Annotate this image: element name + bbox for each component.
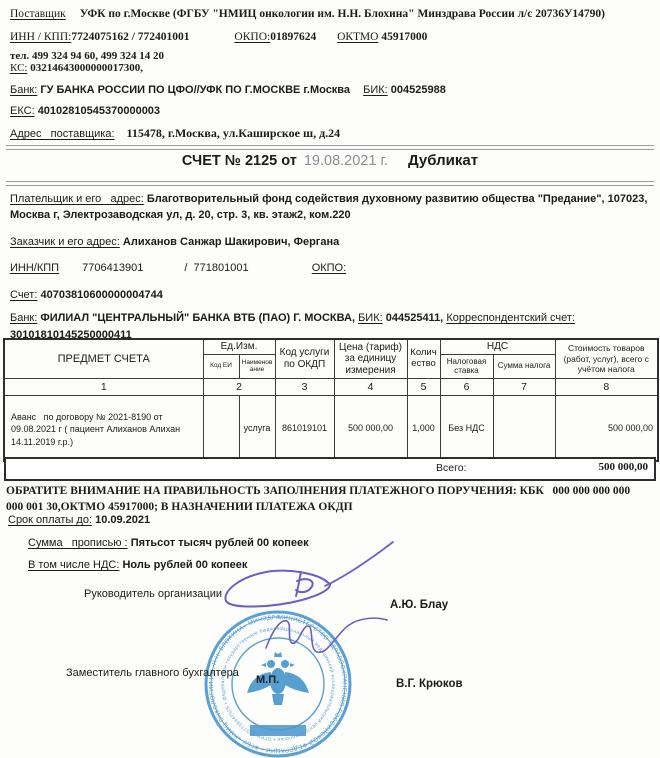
customer-bank-label: Банк:: [10, 312, 37, 324]
col-header-unit-name: Наименование: [239, 354, 275, 378]
items-table: ПРЕДМЕТ СЧЕТА Ед.Изм. Код услуги по ОКДП…: [3, 338, 659, 462]
supplier-line: ПоставщикУФК по г.Москве (ФГБУ "НМИЦ онк…: [10, 8, 605, 20]
supplier-eks-label: ЕКС:: [10, 105, 35, 117]
col-header-unit-group: Ед.Изм.: [203, 339, 275, 354]
vat-words-line: В том числе НДС: Ноль рублей 00 копеек: [28, 559, 247, 571]
item-unit-code: [203, 395, 239, 461]
total-label: Всего:: [436, 462, 466, 474]
col-header-service-code: Код услуги по ОКДП: [275, 339, 334, 378]
customer-line: Заказчик и его адрес: Алиханов Санжар Ша…: [10, 236, 339, 248]
total-value: 500 000,00: [599, 461, 649, 473]
customer-kpp-value: / 771801001: [184, 262, 248, 274]
customer-inn-line: ИНН/КПП 7706413901 / 771801001 ОКПО:: [10, 262, 346, 274]
item-total: 500 000,00: [555, 395, 658, 461]
supplier-name: УФК по г.Москве (ФГБУ "НМИЦ онкологии им…: [80, 8, 605, 20]
customer-inn-kpp-label: ИНН/КПП: [10, 262, 59, 274]
supplier-bank-value: ГУ БАНКА РОССИИ ПО ЦФО//УФК ПО Г.МОСКВЕ …: [40, 84, 350, 96]
invoice-number: СЧЕТ № 2125 от: [182, 153, 297, 169]
head-name: А.Ю. Блау: [390, 599, 660, 611]
supplier-oktmo-label: ОКТМО: [337, 31, 378, 43]
customer-corr-label: Корреспондентский счет:: [446, 312, 575, 324]
item-unit-name: услуга: [239, 395, 275, 461]
colnum-8: 8: [555, 378, 658, 395]
colnum-2: 2: [203, 378, 275, 395]
customer-okpo-label: ОКПО:: [312, 262, 346, 274]
supplier-label: Поставщик: [10, 8, 66, 20]
customer-account-line: Счет: 40703810600000004744: [10, 289, 163, 301]
supplier-okpo-value: 01897624: [270, 31, 316, 43]
stamp-ribbon: [250, 725, 306, 736]
due-date-value: 10.09.2021: [95, 514, 150, 526]
column-numbers-row: 1 2 3 4 5 6 7 8: [4, 378, 658, 395]
item-vat-sum: [493, 395, 555, 461]
col-header-qty: Количество: [407, 339, 440, 378]
customer-value: Алиханов Санжар Шакирович, Фергана: [123, 236, 339, 248]
supplier-inn-kpp-label: ИНН / КПП:: [10, 31, 71, 43]
supplier-bank-label: Банк:: [10, 84, 37, 96]
customer-bank-value: ФИЛИАЛ "ЦЕНТРАЛЬНЫЙ" БАНКА ВТБ (ПАО) Г. …: [40, 312, 355, 324]
invoice-title: СЧЕТ № 2125 от 19.08.2021 г. Дубликат: [0, 152, 660, 169]
supplier-address-value: 115478, г.Москва, ул.Каширское ш, д.24: [127, 126, 341, 140]
supplier-ks-label: КС:: [10, 62, 27, 74]
supplier-bik-label: БИК:: [363, 84, 388, 96]
colnum-7: 7: [493, 378, 555, 395]
col-header-subject: ПРЕДМЕТ СЧЕТА: [4, 339, 203, 378]
col-header-price: Цена (тариф) за единицу измерения: [334, 339, 407, 378]
supplier-address-line: Адрес поставщика:115478, г.Москва, ул.Ка…: [10, 126, 340, 141]
supplier-inn-line: ИНН / КПП:7724075162 / 772401001 ОКПО:01…: [10, 31, 427, 43]
customer-account-label: Счет:: [10, 289, 37, 301]
supplier-oktmo-value: 45917000: [381, 31, 427, 43]
supplier-address-label: Адрес поставщика:: [10, 128, 115, 140]
supplier-inn-kpp-value: 7724075162 / 772401001: [71, 31, 189, 43]
item-subject: Аванс по договору № 2021-8190 от 09.08.2…: [4, 395, 203, 461]
col-header-vat-rate: Налоговая ставка: [440, 354, 493, 378]
colnum-3: 3: [275, 378, 334, 395]
customer-account-value: 40703810600000004744: [40, 289, 162, 301]
item-row: Аванс по договору № 2021-8190 от 09.08.2…: [4, 395, 658, 461]
colnum-6: 6: [440, 378, 493, 395]
supplier-okpo-label: ОКПО:: [234, 31, 270, 43]
divider-title: [6, 181, 654, 186]
supplier-bank-line: Банк: ГУ БАНКА РОССИИ ПО ЦФО//УФК ПО Г.М…: [10, 84, 446, 96]
colnum-4: 4: [334, 378, 407, 395]
amount-words-line: Сумма прописью : Пятьсот тысяч рублей 00…: [28, 537, 309, 549]
divider-top: [6, 145, 654, 150]
payer-line: Плательщик и его адрес: Благотворительны…: [10, 192, 652, 224]
invoice-document: ПоставщикУФК по г.Москве (ФГБУ "НМИЦ онк…: [0, 0, 660, 758]
colnum-5: 5: [407, 378, 440, 395]
supplier-eks-line: ЕКС: 40102810545370000003: [10, 105, 160, 117]
vat-words-value: Ноль рублей 00 копеек: [122, 559, 247, 571]
amount-words-label: Сумма прописью :: [28, 537, 128, 549]
amount-words-value: Пятьсот тысяч рублей 00 копеек: [131, 537, 309, 549]
vat-words-label: В том числе НДС:: [28, 559, 119, 571]
payer-label: Плательщик и его адрес:: [10, 193, 144, 205]
customer-inn-value: 7706413901: [82, 262, 143, 274]
customer-bik-label: БИК:: [358, 312, 383, 324]
payment-notice: ОБРАТИТЕ ВНИМАНИЕ НА ПРАВИЛЬНОСТЬ ЗАПОЛН…: [6, 484, 642, 515]
col-header-vat-group: НДС: [440, 339, 555, 354]
due-date-label: Срок оплаты до:: [8, 514, 92, 526]
col-header-unit-code: Код ЕИ: [203, 354, 239, 378]
supplier-ks-line: КС: 03214643000000017300,: [10, 62, 143, 74]
supplier-phone: тел. 499 324 94 60, 499 324 14 20: [10, 50, 164, 62]
total-box: Всего: 500 000,00: [4, 457, 656, 481]
customer-label: Заказчик и его адрес:: [10, 236, 120, 248]
supplier-ks-value: 03214643000000017300,: [30, 62, 143, 74]
col-header-vat-sum: Сумма налога: [493, 354, 555, 378]
col-header-total: Стоимость товаров (работ, услуг), всего …: [555, 339, 658, 378]
colnum-1: 1: [4, 378, 203, 395]
item-qty: 1,000: [407, 395, 440, 461]
supplier-eks-value: 40102810545370000003: [38, 105, 160, 117]
invoice-date: 19.08.2021 г.: [304, 153, 388, 169]
item-price: 500 000,00: [334, 395, 407, 461]
supplier-bik-value: 004525988: [391, 84, 446, 96]
duplicate-mark: Дубликат: [408, 152, 478, 169]
item-service-code: 861019101: [275, 395, 334, 461]
accountant-name: В.Г. Крюков: [396, 678, 660, 690]
item-vat-rate: Без НДС: [440, 395, 493, 461]
due-date-line: Срок оплаты до: 10.09.2021: [8, 514, 150, 526]
customer-bik-value: 044525411,: [386, 312, 444, 324]
